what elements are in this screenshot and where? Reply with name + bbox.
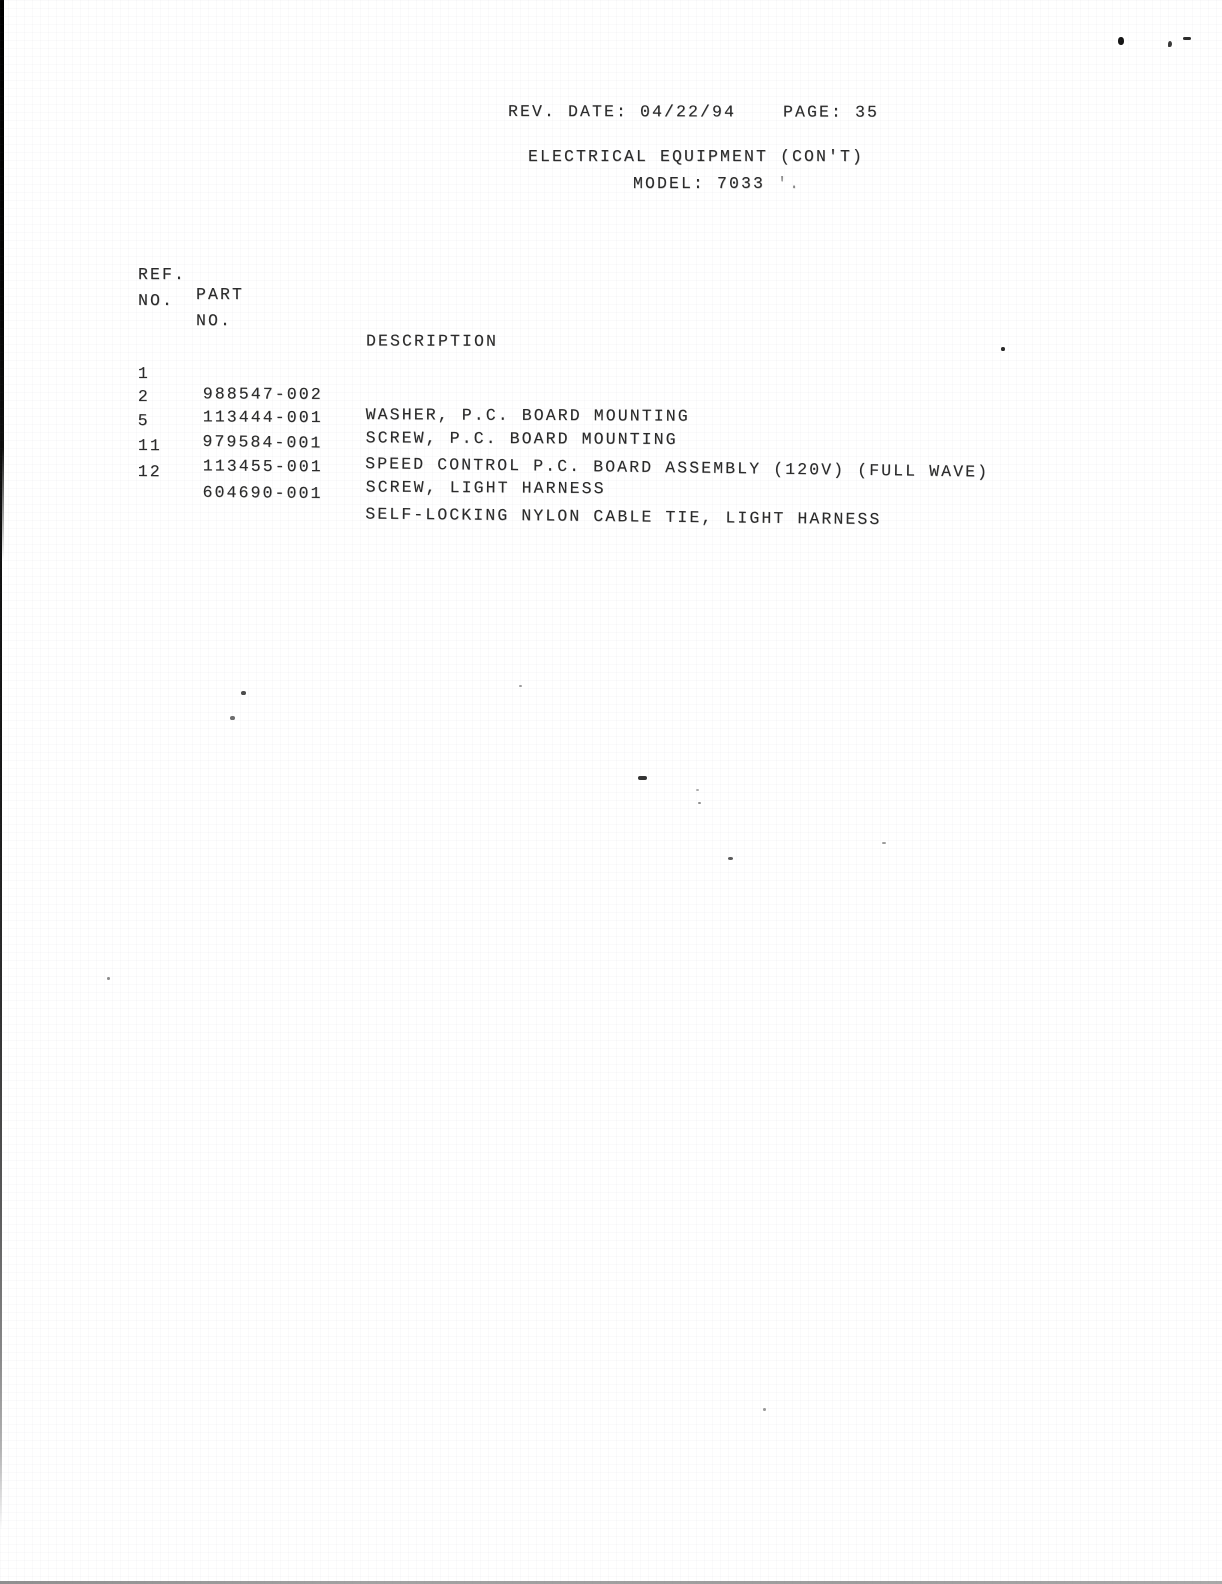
model-line: MODEL: 7033 '. (633, 174, 801, 194)
scan-speck (1001, 347, 1005, 351)
ref-no-cell: 12 (138, 462, 162, 482)
scan-speck (519, 685, 522, 687)
model-value: 7033 (717, 174, 765, 193)
page-number-value: 35 (855, 103, 879, 122)
scan-speck (696, 789, 699, 791)
scan-speck (107, 977, 110, 980)
scan-speck (230, 716, 235, 720)
document-title: ELECTRICAL EQUIPMENT (CON'T) (528, 147, 864, 167)
scan-speck (763, 1408, 766, 1411)
scan-speck (241, 691, 246, 695)
model-label: MODEL: (633, 174, 705, 193)
header-part-line2: NO. (196, 311, 232, 331)
scan-edge-left-fade (0, 380, 2, 1530)
scan-speck (882, 842, 886, 844)
scan-speck (638, 776, 647, 780)
scan-speck (698, 802, 701, 804)
model-suffix-mark: '. (777, 174, 801, 193)
description-cell: SCREW, LIGHT HARNESS (366, 478, 606, 500)
page-label: PAGE: (783, 102, 843, 121)
scan-speck (728, 857, 733, 860)
part-no-cell: 604690-001 (202, 483, 322, 504)
rev-date-line: REV. DATE: 04/22/94PAGE: 35 (508, 102, 736, 122)
rev-date-label: REV. DATE: (508, 102, 628, 121)
page-number-group: PAGE: 35 (783, 102, 879, 122)
scan-speck (1168, 41, 1172, 47)
scan-speck (1118, 37, 1124, 45)
header-ref-line2: NO. (138, 291, 174, 311)
scan-speck (1183, 37, 1191, 40)
rev-date-value: 04/22/94 (640, 102, 736, 121)
scanned-parts-list-page: REV. DATE: 04/22/94PAGE: 35 ELECTRICAL E… (0, 0, 1222, 1584)
description-cell: SELF-LOCKING NYLON CABLE TIE, LIGHT HARN… (365, 504, 881, 530)
